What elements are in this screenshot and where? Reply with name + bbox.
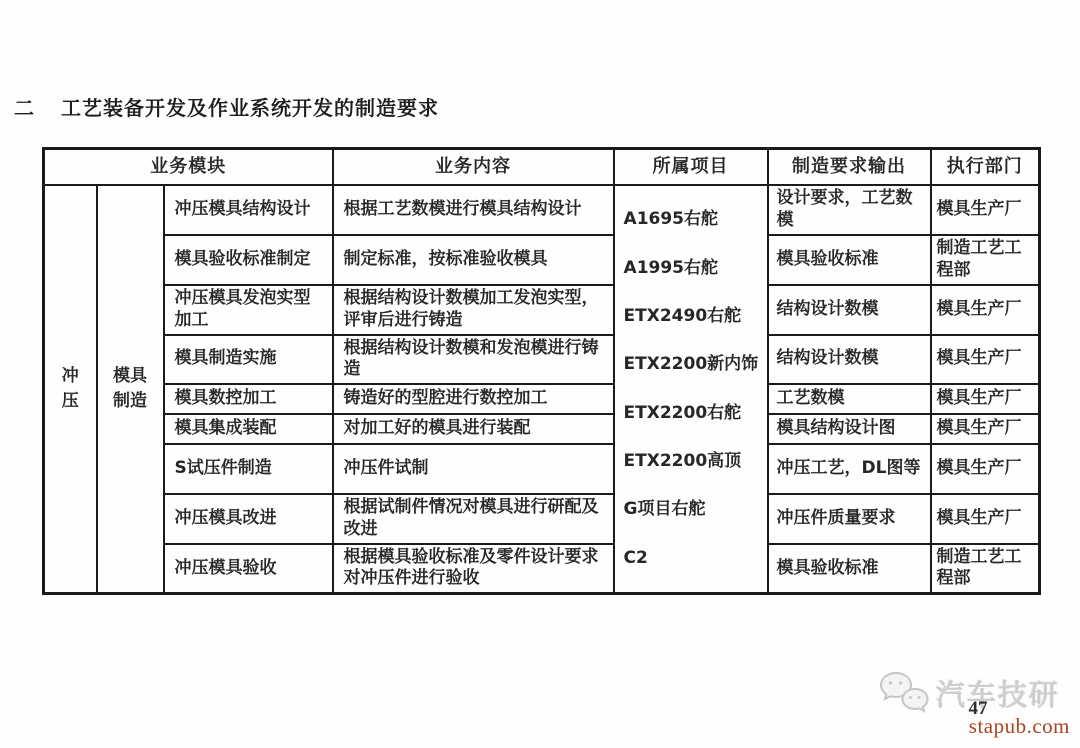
content-cell: 根据模具验收标准及零件设计要求对冲压件进行验收 — [333, 544, 614, 594]
projects-cell: A1695右舵A1995右舵ETX2490右舵ETX2200新内饰ETX2200… — [614, 185, 768, 594]
section-title: 二工艺装备开发及作业系统开发的制造要求 — [14, 92, 439, 121]
output-cell: 设计要求，工艺数模 — [768, 185, 931, 235]
output-cell: 模具结构设计图 — [768, 414, 931, 444]
project-item: ETX2200新内饰 — [624, 355, 765, 374]
content-cell: 根据试制件情况对模具进行研配及改进 — [333, 494, 614, 544]
section-number: 二 — [14, 96, 35, 120]
col-header-business-content: 业务内容 — [333, 149, 614, 185]
col-header-output: 制造要求输出 — [768, 149, 931, 185]
project-item: G项目右舵 — [624, 500, 765, 519]
table-row: 模具制造实施根据结构设计数模和发泡模进行铸造结构设计数模模具生产厂 — [44, 335, 1040, 384]
output-cell: 模具验收标准 — [768, 544, 931, 594]
project-item: ETX2200高顶 — [624, 452, 765, 471]
task-cell: 模具验收标准制定 — [164, 235, 333, 285]
task-cell: 模具集成装配 — [164, 414, 333, 444]
slide-page: 二工艺装备开发及作业系统开发的制造要求 业务模块 业务内容 所属项目 制造要求输… — [0, 0, 1080, 748]
project-item: A1995右舵 — [624, 259, 765, 278]
task-cell: 冲压模具发泡实型加工 — [164, 285, 333, 335]
table-row: 冲压模具发泡实型加工根据结构设计数模加工发泡实型，评审后进行铸造结构设计数模模具… — [44, 285, 1040, 335]
table-row: 模具验收标准制定制定标准，按标准验收模具模具验收标准制造工艺工程部 — [44, 235, 1040, 285]
col-header-project: 所属项目 — [614, 149, 768, 185]
content-cell: 对加工好的模具进行装配 — [333, 414, 614, 444]
table-row: 模具数控加工铸造好的型腔进行数控加工工艺数模模具生产厂 — [44, 384, 1040, 414]
department-cell: 模具生产厂 — [931, 285, 1040, 335]
header-row: 业务模块 业务内容 所属项目 制造要求输出 执行部门 — [44, 149, 1040, 185]
module-level2-label: 模具制造 — [111, 364, 148, 413]
table-row: 冲压模具改进根据试制件情况对模具进行研配及改进冲压件质量要求模具生产厂 — [44, 494, 1040, 544]
chat-bubbles-icon — [878, 670, 930, 716]
module-level1-label: 冲压 — [60, 364, 80, 413]
manufacturing-requirements-table: 业务模块 业务内容 所属项目 制造要求输出 执行部门 冲压模具制造冲压模具结构设… — [42, 147, 1041, 595]
table-row: 冲压模具制造冲压模具结构设计根据工艺数模进行模具结构设计A1695右舵A1995… — [44, 185, 1040, 235]
content-cell: 制定标准，按标准验收模具 — [333, 235, 614, 285]
page-title: 工艺装备开发及作业系统开发的制造要求 — [61, 96, 439, 120]
department-cell: 模具生产厂 — [931, 414, 1040, 444]
content-cell: 根据结构设计数模和发泡模进行铸造 — [333, 335, 614, 384]
project-item: A1695右舵 — [624, 210, 765, 229]
project-item: ETX2490右舵 — [624, 307, 765, 326]
projects-list: A1695右舵A1995右舵ETX2490右舵ETX2200新内饰ETX2200… — [615, 186, 767, 593]
department-cell: 模具生产厂 — [931, 335, 1040, 384]
col-header-business-module: 业务模块 — [44, 149, 333, 185]
module-level1-cell: 冲压 — [44, 185, 97, 594]
table-row: 冲压模具验收根据模具验收标准及零件设计要求对冲压件进行验收模具验收标准制造工艺工… — [44, 544, 1040, 594]
department-cell: 模具生产厂 — [931, 444, 1040, 494]
task-cell: S试压件制造 — [164, 444, 333, 494]
output-cell: 工艺数模 — [768, 384, 931, 414]
task-cell: 冲压模具改进 — [164, 494, 333, 544]
project-item: ETX2200右舵 — [624, 404, 765, 423]
department-cell: 模具生产厂 — [931, 494, 1040, 544]
content-cell: 根据工艺数模进行模具结构设计 — [333, 185, 614, 235]
content-cell: 铸造好的型腔进行数控加工 — [333, 384, 614, 414]
task-cell: 冲压模具验收 — [164, 544, 333, 594]
output-cell: 模具验收标准 — [768, 235, 931, 285]
site-link[interactable]: stapub.com — [969, 714, 1070, 739]
project-item: C2 — [624, 549, 765, 568]
content-cell: 根据结构设计数模加工发泡实型，评审后进行铸造 — [333, 285, 614, 335]
table-row: S试压件制造冲压件试制冲压工艺，DL图等模具生产厂 — [44, 444, 1040, 494]
watermark-brand: 汽车技研 — [936, 673, 1060, 714]
task-cell: 冲压模具结构设计 — [164, 185, 333, 235]
output-cell: 冲压工艺，DL图等 — [768, 444, 931, 494]
table-row: 模具集成装配对加工好的模具进行装配模具结构设计图模具生产厂 — [44, 414, 1040, 444]
output-cell: 冲压件质量要求 — [768, 494, 931, 544]
col-header-department: 执行部门 — [931, 149, 1040, 185]
department-cell: 模具生产厂 — [931, 384, 1040, 414]
output-cell: 结构设计数模 — [768, 335, 931, 384]
content-cell: 冲压件试制 — [333, 444, 614, 494]
department-cell: 制造工艺工程部 — [931, 235, 1040, 285]
department-cell: 模具生产厂 — [931, 185, 1040, 235]
task-cell: 模具数控加工 — [164, 384, 333, 414]
module-level2-cell: 模具制造 — [97, 185, 164, 594]
task-cell: 模具制造实施 — [164, 335, 333, 384]
output-cell: 结构设计数模 — [768, 285, 931, 335]
department-cell: 制造工艺工程部 — [931, 544, 1040, 594]
